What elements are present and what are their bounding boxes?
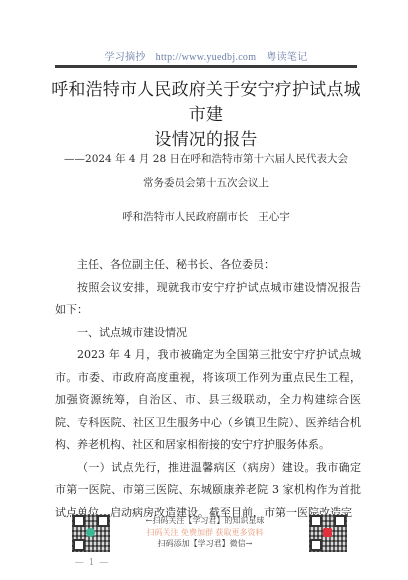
qr-code-icon	[309, 514, 347, 552]
promo-line-3: 扫码添加【学习君】微信→	[130, 538, 280, 550]
header-url: http://www.yuedbj.com	[156, 52, 257, 63]
promo-line-1: ←扫码关注【学习君】的知识星球	[130, 515, 280, 527]
speaker-position: 呼和浩特市人民政府副市长	[122, 211, 248, 223]
subtitle-line-2: 常务委员会第十五次会议上	[50, 171, 362, 195]
section-paragraph: 2023 年 4 月，我市被确定为全国第三批安宁疗护试点城市。市委、市政府高度重…	[55, 344, 361, 457]
promo-text: ←扫码关注【学习君】的知识星球 扫码关注 免费加群 获取更多资料 扫码添加【学习…	[130, 515, 280, 550]
document-body: 主任、各位副主任、秘书长、各位委员： 按照会议安排，现就我市安宁疗护试点城市建设…	[55, 254, 361, 524]
speaker-byline: 呼和浩特市人民政府副市长王心宇	[50, 209, 362, 224]
page-number: — 1 —	[72, 558, 112, 568]
subtitle-line-1: ——2024 年 4 月 28 日在呼和浩特市第十六届人民代表大会	[50, 147, 362, 171]
header-divider	[55, 65, 357, 68]
promo-line-2: 扫码关注 免费加群 获取更多资料	[130, 527, 280, 539]
page-footer: ←扫码关注【学习君】的知识星球 扫码关注 免费加群 获取更多资料 扫码添加【学习…	[0, 510, 408, 580]
qr-logo-icon	[323, 528, 332, 537]
document-title: 呼和浩特市人民政府关于安宁疗护试点城市建 设情况的报告	[50, 78, 362, 153]
qr-logo-icon	[86, 528, 95, 537]
speaker-name: 王心宇	[258, 211, 290, 223]
salutation: 主任、各位副主任、秘书长、各位委员：	[55, 254, 361, 277]
document-subtitle: ——2024 年 4 月 28 日在呼和浩特市第十六届人民代表大会 常务委员会第…	[50, 147, 362, 195]
qr-code-icon	[72, 514, 110, 552]
section-heading: 一、试点城市建设情况	[55, 322, 361, 345]
page-header: 学习摘抄http://www.yuedbj.com粤读笔记	[55, 48, 357, 63]
intro-paragraph: 按照会议安排，现就我市安宁疗护试点城市建设情况报告如下：	[55, 277, 361, 322]
title-line-1: 呼和浩特市人民政府关于安宁疗护试点城市建	[50, 78, 362, 128]
header-left-text: 学习摘抄	[104, 52, 145, 63]
header-right-text: 粤读笔记	[266, 52, 307, 63]
